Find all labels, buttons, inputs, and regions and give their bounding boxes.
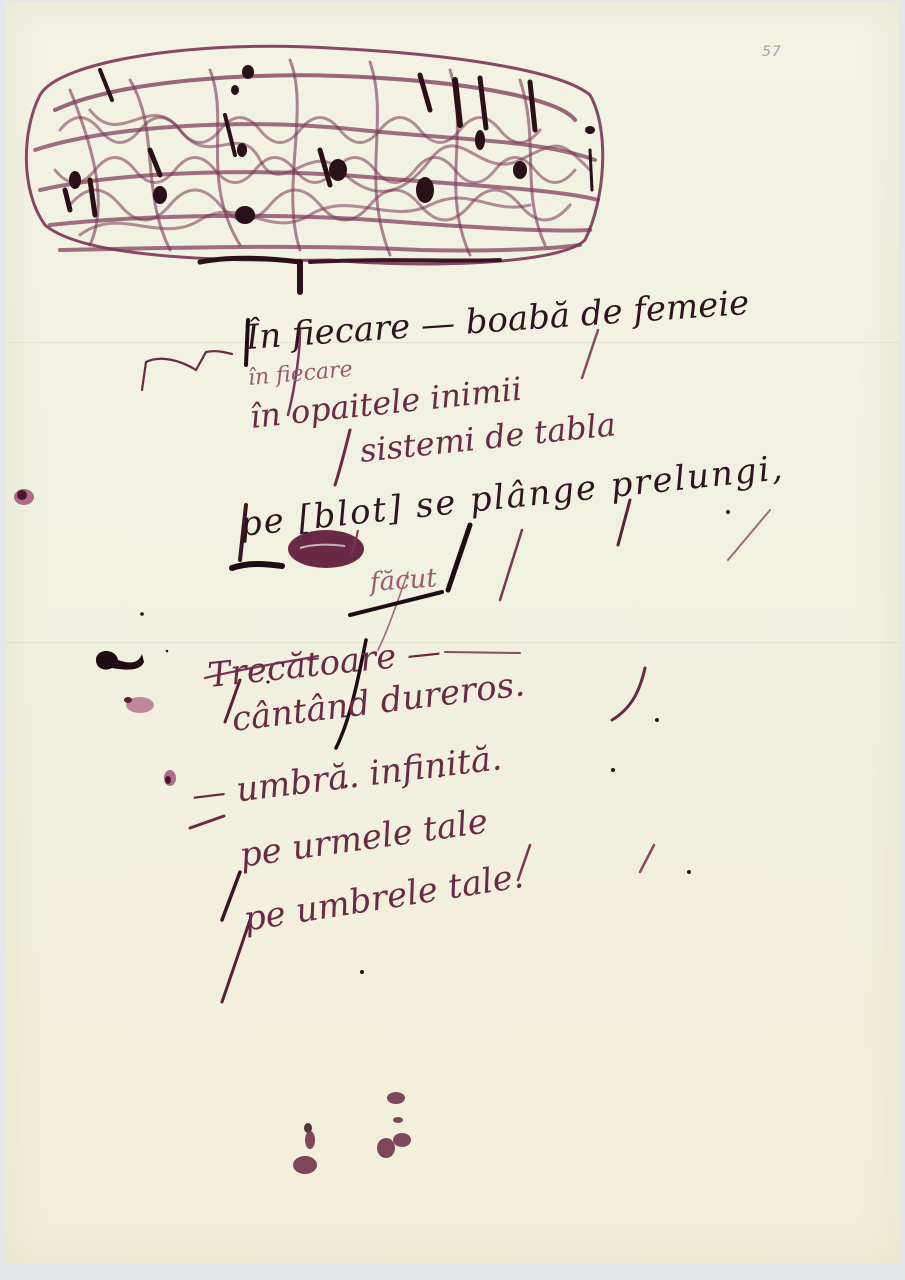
handwriting-ink [0, 0, 905, 1280]
left-margin-blots [14, 489, 176, 786]
margin-arrow-icon [142, 351, 232, 390]
bottom-smudges [293, 1092, 411, 1174]
poem-line-6-insertion: făcut [369, 563, 438, 598]
